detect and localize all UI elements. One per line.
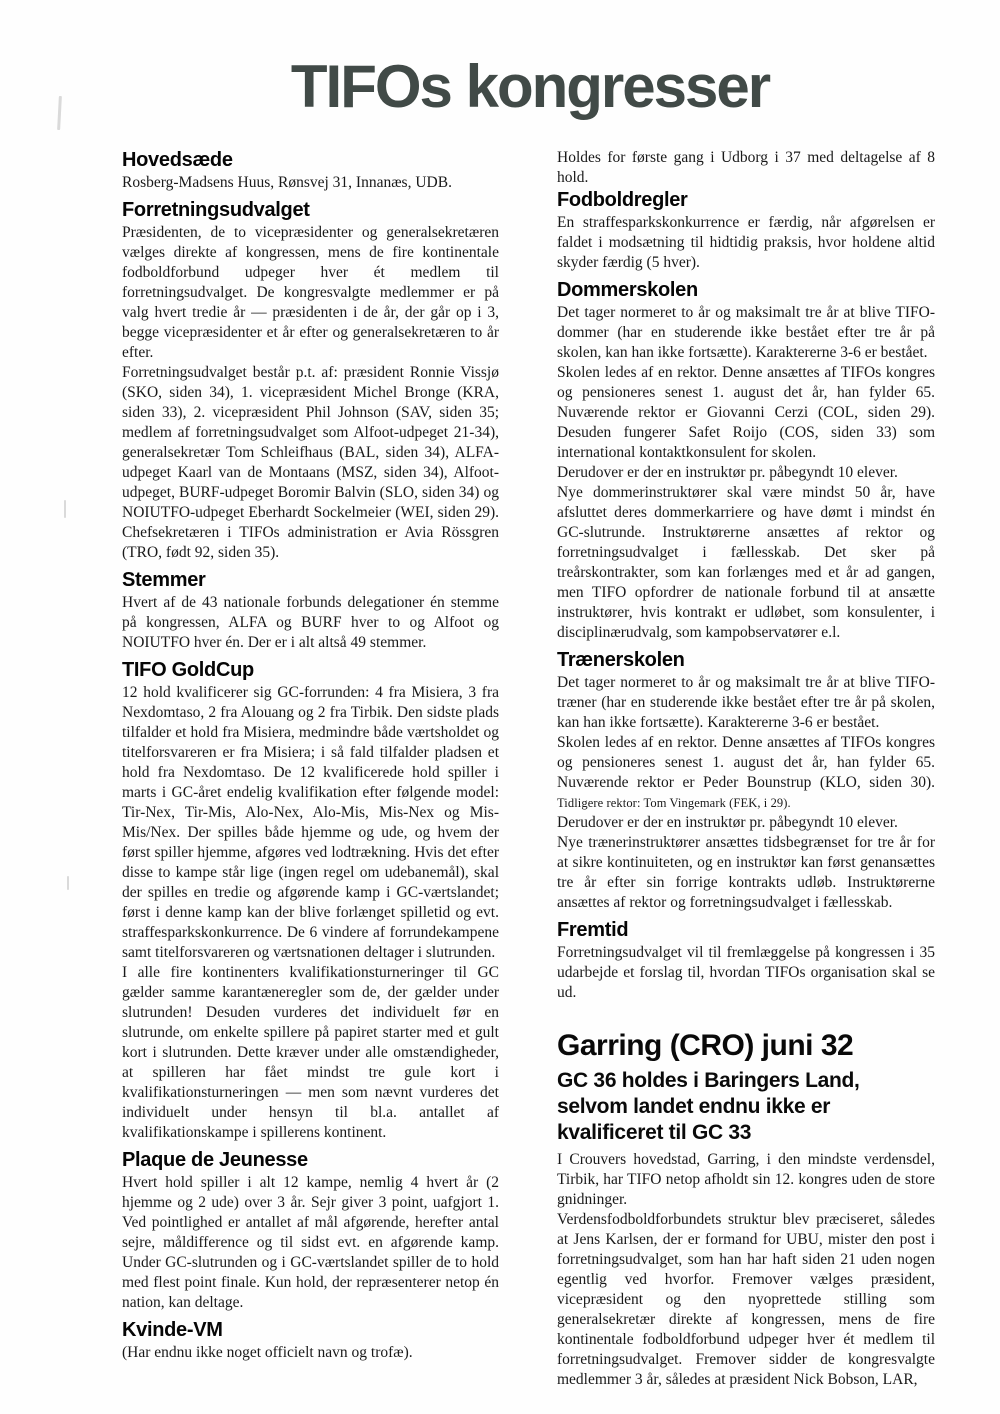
section-fremtid: Fremtid Forretningsudvalget vil til frem… (557, 918, 935, 1003)
paragraph: Det tager normeret to år og maksimalt tr… (557, 303, 935, 363)
paragraph: (Har endnu ikke noget officielt navn og … (122, 1343, 499, 1363)
scanned-document-page: TIFOs kongresser Hovedsæde Rosberg-Madse… (0, 0, 1000, 1414)
paragraph: Verdensfodboldforbundets struktur blev p… (557, 1210, 935, 1390)
section-hovedsaede: Hovedsæde Rosberg-Madsens Huus, Rønsvej … (122, 148, 499, 193)
section-plaque-de-jeunesse: Plaque de Jeunesse Hvert hold spiller i … (122, 1148, 499, 1313)
section-fodboldregler: Fodboldregler En straffesparkskonkurrenc… (557, 188, 935, 273)
paragraph: Hvert hold spiller i alt 12 kampe, nemli… (122, 1173, 499, 1313)
article-subheading: GC 36 holdes i Baringers Land, selvom la… (557, 1068, 935, 1146)
scan-artifact (64, 500, 66, 518)
left-column: Hovedsæde Rosberg-Madsens Huus, Rønsvej … (122, 148, 499, 1363)
paragraph: Derudover er der en instruktør pr. påbeg… (557, 463, 935, 483)
section-heading: Forretningsudvalget (122, 198, 499, 222)
page-title: TIFOs kongresser (30, 52, 1000, 121)
section-stemmer: Stemmer Hvert af de 43 nationale forbund… (122, 568, 499, 653)
article-garring: Garring (CRO) juni 32 GC 36 holdes i Bar… (557, 1029, 935, 1390)
section-heading: TIFO GoldCup (122, 658, 499, 682)
paragraph: Forretningsudvalget består p.t. af: præs… (122, 363, 499, 563)
former-rector-note: Tidligere rektor: Tom Vingemark (FEK, i … (557, 796, 791, 810)
section-heading: Trænerskolen (557, 648, 935, 672)
section-heading: Fodboldregler (557, 188, 935, 212)
paragraph-continuation: Holdes for første gang i Udborg i 37 med… (557, 148, 935, 188)
paragraph: Nye dommerinstruktører skal være mindst … (557, 483, 935, 643)
paragraph-main: Skolen ledes af en rektor. Denne ansætte… (557, 734, 935, 791)
section-heading: Kvinde-VM (122, 1318, 499, 1342)
section-traenerskolen: Trænerskolen Det tager normeret to år og… (557, 648, 935, 913)
paragraph: Forretningsudvalget vil til fremlæggelse… (557, 943, 935, 1003)
section-tifo-goldcup: TIFO GoldCup 12 hold kvalificerer sig GC… (122, 658, 499, 1143)
paragraph: 12 hold kvalificerer sig GC-forrunden: 4… (122, 683, 499, 963)
paragraph: Skolen ledes af en rektor. Denne ansætte… (557, 363, 935, 463)
section-forretningsudvalget: Forretningsudvalget Præsidenten, de to v… (122, 198, 499, 563)
paragraph: Præsidenten, de to vicepræsidenter og ge… (122, 223, 499, 363)
paragraph: Rosberg-Madsens Huus, Rønsvej 31, Innanæ… (122, 173, 499, 193)
section-heading: Stemmer (122, 568, 499, 592)
paragraph: Skolen ledes af en rektor. Denne ansætte… (557, 733, 935, 813)
paragraph: Nye trænerinstruktører ansættes tidsbegr… (557, 833, 935, 913)
section-dommerskolen: Dommerskolen Det tager normeret to år og… (557, 278, 935, 643)
section-heading: Dommerskolen (557, 278, 935, 302)
article-heading: Garring (CRO) juni 32 (557, 1029, 935, 1063)
paragraph: I Crouvers hovedstad, Garring, i den min… (557, 1150, 935, 1210)
paragraph: Derudover er der en instruktør pr. påbeg… (557, 813, 935, 833)
section-heading: Hovedsæde (122, 148, 499, 172)
section-heading: Plaque de Jeunesse (122, 1148, 499, 1172)
section-heading: Fremtid (557, 918, 935, 942)
scan-artifact (67, 876, 69, 890)
paragraph: Det tager normeret to år og maksimalt tr… (557, 673, 935, 733)
right-column: Holdes for første gang i Udborg i 37 med… (557, 148, 935, 1390)
paragraph: I alle fire kontinenters kvalifikationst… (122, 963, 499, 1143)
section-kvinde-vm: Kvinde-VM (Har endnu ikke noget officiel… (122, 1318, 499, 1363)
paragraph: Hvert af de 43 nationale forbunds delega… (122, 593, 499, 653)
paragraph: En straffesparkskonkurrence er færdig, n… (557, 213, 935, 273)
